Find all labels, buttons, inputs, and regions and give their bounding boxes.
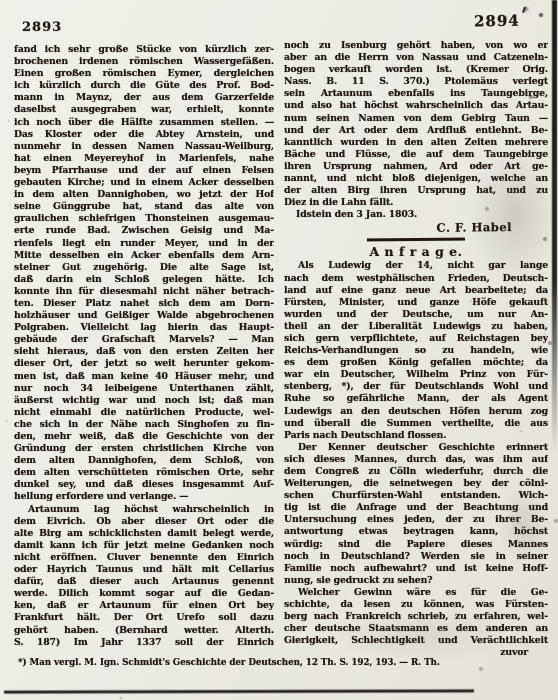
text-line: aber an die Herrn von Nassau und Catzene… (284, 52, 548, 64)
text-line: ken, daß er Artaunum für einen Ort bey (14, 600, 274, 612)
text-line: S. 187) Im Jahr 1337 soll der Einrich (14, 637, 274, 649)
text-line: holzhäuser und Geißiger Walde abgebroche… (14, 310, 274, 322)
text-line: beym Pfarrhause und der auf einen Felsen (14, 165, 274, 177)
ink-speck (522, 7, 526, 13)
text-line: werde. Dilich kommt sogar auf die Gedan- (14, 588, 274, 600)
text-line: nicht einmahl die natürlichen Producte, … (14, 407, 274, 419)
text-line: sich dieses Mannes, durch das, was ihm a… (284, 454, 548, 466)
text-line: Welcher Gewinn wäre es für die Ge- (284, 587, 548, 599)
text-line: nur noch 34 leibeigene Unterthanen zählt… (14, 383, 274, 395)
text-line: sich gern verpflichtete, auf Reichstagen… (284, 333, 548, 345)
text-line: in dem alten Dannighoben, wo jetzt der H… (14, 189, 274, 201)
text-line: und also hat höchst wahrscheinlich das A… (284, 100, 548, 112)
text-line: der alten Birg ihren Ursprung hat, und z… (284, 185, 548, 197)
text-line: Weiterungen, die seinetwegen bey der cöl… (284, 478, 548, 490)
text-line: dem alten verschütteten römischen Orte, … (14, 467, 274, 479)
section-heading: A n f r a g e. (284, 243, 548, 260)
text-line: nannt, und nicht bloß diejenigen, welche… (284, 173, 548, 185)
text-line: Untersuchung eines jeden, der zu ihrer B… (284, 514, 548, 526)
text-line: sieht hieraus, daß von den ersten Zeiten… (14, 346, 274, 358)
text-line: Diez in die Lahn fällt. (284, 197, 548, 209)
text-line: nicht eröffnen. Cluver benennte den Einr… (14, 552, 274, 564)
text-line: noch in Deutschland? Werden sie in seine… (284, 551, 548, 563)
text-line: war ein Deutscher, Wilhelm Prinz von Für… (284, 369, 548, 381)
text-line: würdig: sind die Papiere dieses Mannes (284, 539, 548, 551)
text-line: Einen großen römischen Eymer, dergleiche… (14, 68, 274, 80)
text-line: ich kürzlich durch die Güte des Prof. Bo… (14, 80, 274, 92)
text-line: ich noch über die Hälfte zusammen stelle… (14, 117, 274, 129)
bottom-rule (4, 689, 474, 693)
scan-noise (0, 0, 2, 2)
text-line: konnte ihn für diesesmahl nicht näher be… (14, 286, 274, 298)
text-line: Frankfurt hält. Der Ort Urefo soll dazu (14, 612, 274, 624)
text-line: cher deutsche Staatsmann es dem anderen … (284, 623, 548, 635)
footnote: *) Man vergl. M. Ign. Schmidt's Geschich… (18, 658, 540, 668)
text-line: nung, sie gedruckt zu sehen? (284, 575, 548, 587)
text-line: seine Günggrube hat, stand das alte von (14, 201, 274, 213)
text-line: num seinen Namen von dem Gebirg Taun — (284, 113, 548, 125)
text-line: dem alten Dannighofen, dem Schloß, von (14, 455, 274, 467)
text-line: gebauten Kirche; und in einem Acker dess… (14, 177, 274, 189)
text-line: sein Artaunum ebenfalls ins Taungebirge, (284, 88, 548, 100)
text-line: gehört haben. (Bernhard wetter. Alterth. (14, 625, 274, 637)
text-line: ihren Ursprung nahmen, Ard oder Art ge- (284, 161, 548, 173)
text-line: oder Hayrich Taunus und hält mit Cellari… (14, 564, 274, 576)
text-line: den, mehr weiß, daß die Geschichte von d… (14, 431, 274, 443)
text-line: alte Birg am schicklichsten damit belegt… (14, 528, 274, 540)
text-line: fand ich sehr große Stücke von kürzlich … (14, 44, 274, 56)
text-line: Fürsten, Minister, und ganze Höfe gekauf… (284, 297, 548, 309)
text-line: steiner Gut zugehörig. Die alte Sage ist… (14, 262, 274, 274)
text-line: land auf eine ganz neue Art bearbeitete;… (284, 285, 548, 297)
text-line: Gierigkeit, Schlechtigkeit und Verächtli… (284, 635, 548, 647)
text-line: und überall die Summen vertheilte, die a… (284, 418, 548, 430)
signature: C. F. Habel (284, 220, 548, 237)
text-line: stenberg, *), der für Deutschlands Wohl … (284, 381, 548, 393)
text-line: graulichen schiefrigen Thonsteinen ausge… (14, 213, 274, 225)
text-line: gebäude der Grafschaft Marvels? — Man (14, 334, 274, 346)
left-column: fand ich sehr große Stücke von kürzlich … (14, 44, 274, 656)
text-line: Ruhe so gefährliche Mann, der als Agent (284, 393, 548, 405)
text-line: wurden und der Deutsche, um nur An- (284, 309, 548, 321)
text-line: Mitte desselben ein Acker ebenfalls dem … (14, 250, 274, 262)
text-line: dieser Ort, der jetzt so weit herunter g… (14, 358, 274, 370)
text-line: hat einen Meyereyhof in Marienfels, nahe (14, 153, 274, 165)
text-line: Polgraben. Vielleicht lag hierin das Hau… (14, 322, 274, 334)
text-line: men ist, daß man keine 40 Häuser mehr, u… (14, 371, 274, 383)
text-line: rienfels liegt ein runder Meyer, und in … (14, 238, 274, 250)
text-line: Das Kloster oder die Abtey Arnstein, und (14, 129, 274, 141)
page-number-left: 2893 (22, 20, 62, 35)
right-column: noch zu Isenburg gehört haben, von wo er… (284, 40, 548, 660)
text-line: antwortung etwas beytragen kann, höchst (284, 526, 548, 538)
text-line: nunmehr in dessen Namen Nassau-Weilburg, (14, 141, 274, 153)
page-number-right: 2894 (474, 12, 520, 31)
text-line: Als Ludewig der 14, nicht gar lange (284, 260, 548, 272)
text-line: äußerst wichtig war und noch ist; daß ma… (14, 395, 274, 407)
text-line: Gründung der ersten christlichen Kirche … (14, 443, 274, 455)
scan-edge-artifact (552, 0, 557, 452)
text-line: hellung erfordere und verlange. — (14, 491, 274, 503)
text-line: bogen verkauft worden ist. (Kremer Orig. (284, 64, 548, 76)
text-line: Familie noch aufbewahrt? und ist keine H… (284, 563, 548, 575)
section-divider (284, 235, 548, 243)
text-line: brochenen irdenen römischen Wassergefäße… (14, 56, 274, 68)
text-line: es dem großen König gefallen möchte; da (284, 357, 548, 369)
text-line: kanntlich wurden in den alten Zeiten meh… (284, 137, 548, 149)
text-line: schichte, da lesen zu können, was Fürste… (284, 599, 548, 611)
text-line: dafür, daß dieser auch Artaunus genennt (14, 576, 274, 588)
text-line: berg nach Frankreich schrieb, zu erfahre… (284, 611, 548, 623)
text-line: daselbst ausgegraben war, erhielt, konnt… (14, 104, 274, 116)
text-line: erte runde Bad. Zwischen Geisig und Ma- (14, 225, 274, 237)
text-line: noch zu Isenburg gehört haben, von wo er (284, 40, 548, 52)
text-line: Paris nach Deutschland flossen. (284, 430, 548, 442)
text-line: tig ist die Anfrage und der Beachtung un… (284, 502, 548, 514)
text-line: damit kann ich für jetzt meine Gedanken … (14, 540, 274, 552)
text-line: Reichs-Verhandlungen so zu handeln, wie (284, 345, 548, 357)
text-line: Der Kenner deutscher Geschichte erinnert (284, 442, 548, 454)
text-line: theil an der Liberalität Ludewigs zu hab… (284, 321, 548, 333)
text-line: daß darin ein Schloß gelegen hätte. Ich (14, 274, 274, 286)
text-line: nach dem westphälischen Frieden, Deutsch… (284, 273, 548, 285)
scanned-page: 2893 2894 fand ich sehr große Stücke von… (0, 0, 558, 700)
text-line: schen Churfürsten-Wahl entstanden. Wich- (284, 490, 548, 502)
text-line: Artaunum lag höchst wahrscheinlich in (14, 504, 274, 516)
text-line: dem Congreß zu Cölln wiederfuhr, durch d… (284, 466, 548, 478)
text-line: mann in Maynz, der aus dem Garzerfelde (14, 92, 274, 104)
text-line: und der Art oder dem Ardfluß entlehnt. B… (284, 125, 548, 137)
text-line: dunkel sey, und daß dieses insgesammt Au… (14, 479, 274, 491)
text-line: Bäche und Flüsse, die auf dem Taungebirg… (284, 149, 548, 161)
text-line: Ludewigs an den deutschen Höfen herum zo… (284, 406, 548, 418)
text-line: che sich in der Nähe nach Singhofen zu f… (14, 419, 274, 431)
text-line: dem Eivrich. Ob aber dieser Ort oder die (14, 516, 274, 528)
text-line: ten. Dieser Platz nahet sich dem am Dorn… (14, 298, 274, 310)
text-line: Nass. B. 11 S. 370.) Ptolemäus verlegt (284, 76, 548, 88)
